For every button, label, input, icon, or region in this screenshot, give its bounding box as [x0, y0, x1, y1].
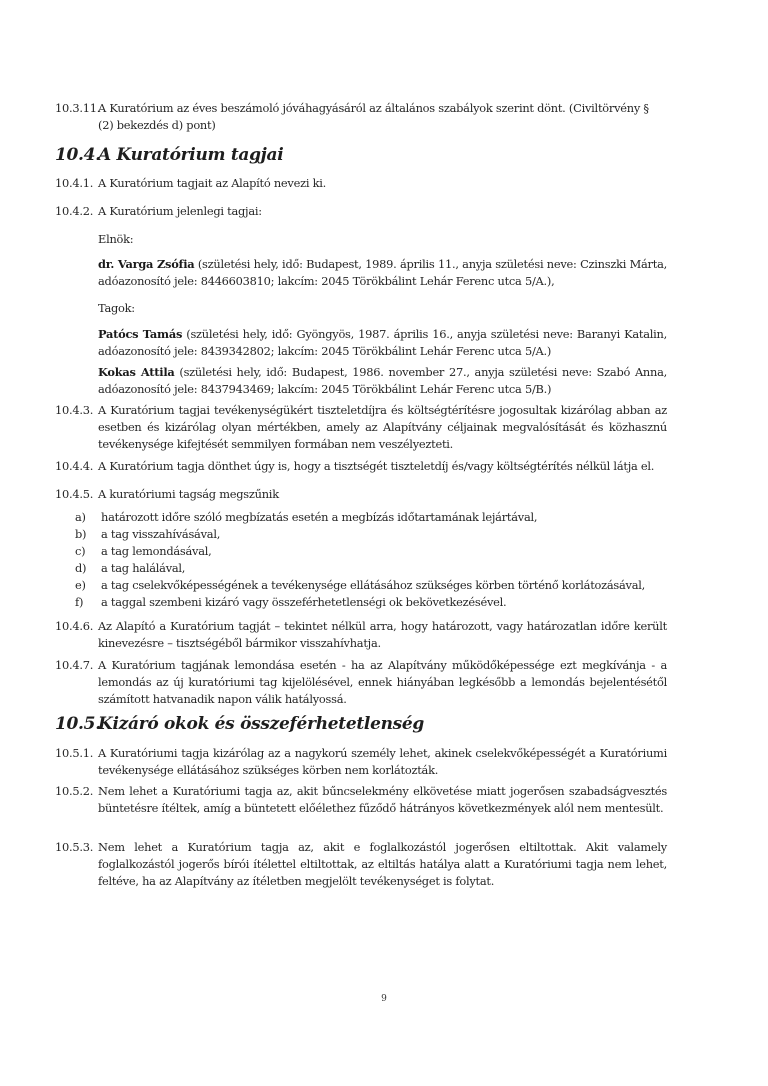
paragraph-number: 10.4.1.	[55, 175, 93, 192]
paragraph-text: A Kuratórium az éves beszámoló jóváhagyá…	[98, 100, 667, 134]
list-item: c)a tag lemondásával,	[75, 543, 675, 560]
paragraph-text: A Kuratórium tagja dönthet úgy is, hogy …	[98, 458, 667, 475]
list-label: a)	[75, 509, 86, 526]
paragraph-number: 10.4.3.	[55, 402, 93, 419]
list-text: a tag cselekvőképességének a tevékenység…	[101, 577, 645, 594]
paragraph-number: 10.5.1.	[55, 745, 93, 762]
chair-entry: dr. Varga Zsófia (születési hely, idő: B…	[98, 256, 667, 290]
termination-list: a)határozott időre szóló megbízatás eset…	[75, 509, 675, 611]
list-text: a tag visszahívásával,	[101, 526, 220, 543]
paragraph-text: A Kuratóriumi tagja kizárólag az a nagyk…	[98, 745, 667, 779]
chair-name: dr. Varga Zsófia	[98, 257, 194, 271]
paragraph-number: 10.4.5.	[55, 486, 93, 503]
member-details: (születési hely, idő: Gyöngyös, 1987. áp…	[98, 327, 667, 358]
paragraph-number: 10.5.2.	[55, 783, 93, 800]
document-page: 10.3.11. A Kuratórium az éves beszámoló …	[0, 0, 768, 1086]
section-heading-10-4: 10.4.A Kuratórium tagjai	[55, 145, 283, 165]
list-text: határozott időre szóló megbízatás esetén…	[101, 509, 537, 526]
paragraph-10-4-4: 10.4.4. A Kuratórium tagja dönthet úgy i…	[55, 458, 667, 475]
members-label: Tagok:	[98, 300, 667, 317]
list-item: b)a tag visszahívásával,	[75, 526, 675, 543]
list-label: d)	[75, 560, 86, 577]
list-text: a tag halálával,	[101, 560, 185, 577]
paragraph-number: 10.4.7.	[55, 657, 93, 674]
member-entry: Patócs Tamás (születési hely, idő: Gyöng…	[98, 326, 667, 360]
section-number: 10.4.	[55, 145, 98, 165]
paragraph-text: A Kuratórium tagjait az Alapító nevezi k…	[98, 175, 667, 192]
paragraph-number: 10.4.6.	[55, 618, 93, 635]
member-name: Kokas Attila	[98, 365, 175, 379]
member-details: (születési hely, idő: Budapest, 1986. no…	[98, 365, 667, 396]
list-label: c)	[75, 543, 85, 560]
page-number: 9	[0, 994, 768, 1004]
list-text: a tag lemondásával,	[101, 543, 212, 560]
paragraph-10-4-1: 10.4.1. A Kuratórium tagjait az Alapító …	[55, 175, 667, 192]
paragraph-text: Az Alapító a Kuratórium tagját – tekinte…	[98, 618, 667, 652]
section-heading-10-5: 10.5.Kizáró okok és összeférhetetlenség	[55, 714, 424, 734]
list-item: a)határozott időre szóló megbízatás eset…	[75, 509, 675, 526]
paragraph-text: A Kuratórium jelenlegi tagjai:	[98, 203, 667, 220]
paragraph-10-4-6: 10.4.6. Az Alapító a Kuratórium tagját –…	[55, 618, 667, 652]
paragraph-number: 10.4.2.	[55, 203, 93, 220]
paragraph-number: 10.5.3.	[55, 839, 93, 856]
paragraph-10-4-5: 10.4.5. A kuratóriumi tagság megszűnik	[55, 486, 667, 503]
section-title: A Kuratórium tagjai	[98, 145, 283, 165]
paragraph-text: A Kuratórium tagjai tevékenységükért tis…	[98, 402, 667, 453]
section-number: 10.5.	[55, 714, 98, 734]
paragraph-10-4-2: 10.4.2. A Kuratórium jelenlegi tagjai:	[55, 203, 667, 220]
paragraph-number: 10.4.4.	[55, 458, 93, 475]
paragraph-10-5-3: 10.5.3. Nem lehet a Kuratórium tagja az,…	[55, 839, 667, 890]
member-entry: Kokas Attila (születési hely, idő: Budap…	[98, 364, 667, 398]
paragraph-10-3-11: 10.3.11. A Kuratórium az éves beszámoló …	[55, 100, 667, 134]
member-name: Patócs Tamás	[98, 327, 182, 341]
chair-label: Elnök:	[98, 231, 667, 248]
list-label: e)	[75, 577, 86, 594]
list-text: a taggal szembeni kizáró vagy összeférhe…	[101, 594, 506, 611]
list-item: e)a tag cselekvőképességének a tevékenys…	[75, 577, 675, 594]
list-label: f)	[75, 594, 83, 611]
section-title: Kizáró okok és összeférhetetlenség	[98, 714, 424, 734]
paragraph-10-5-2: 10.5.2. Nem lehet a Kuratóriumi tagja az…	[55, 783, 667, 817]
paragraph-text: A kuratóriumi tagság megszűnik	[98, 486, 667, 503]
list-label: b)	[75, 526, 86, 543]
paragraph-10-5-1: 10.5.1. A Kuratóriumi tagja kizárólag az…	[55, 745, 667, 779]
paragraph-text: Nem lehet a Kuratóriumi tagja az, akit b…	[98, 783, 667, 817]
list-item: f)a taggal szembeni kizáró vagy összefér…	[75, 594, 675, 611]
paragraph-text: A Kuratórium tagjának lemondása esetén -…	[98, 657, 667, 708]
list-item: d)a tag halálával,	[75, 560, 675, 577]
paragraph-10-4-3: 10.4.3. A Kuratórium tagjai tevékenységü…	[55, 402, 667, 453]
paragraph-10-4-7: 10.4.7. A Kuratórium tagjának lemondása …	[55, 657, 667, 708]
paragraph-number: 10.3.11.	[55, 100, 100, 117]
paragraph-text: Nem lehet a Kuratórium tagja az, akit e …	[98, 839, 667, 890]
